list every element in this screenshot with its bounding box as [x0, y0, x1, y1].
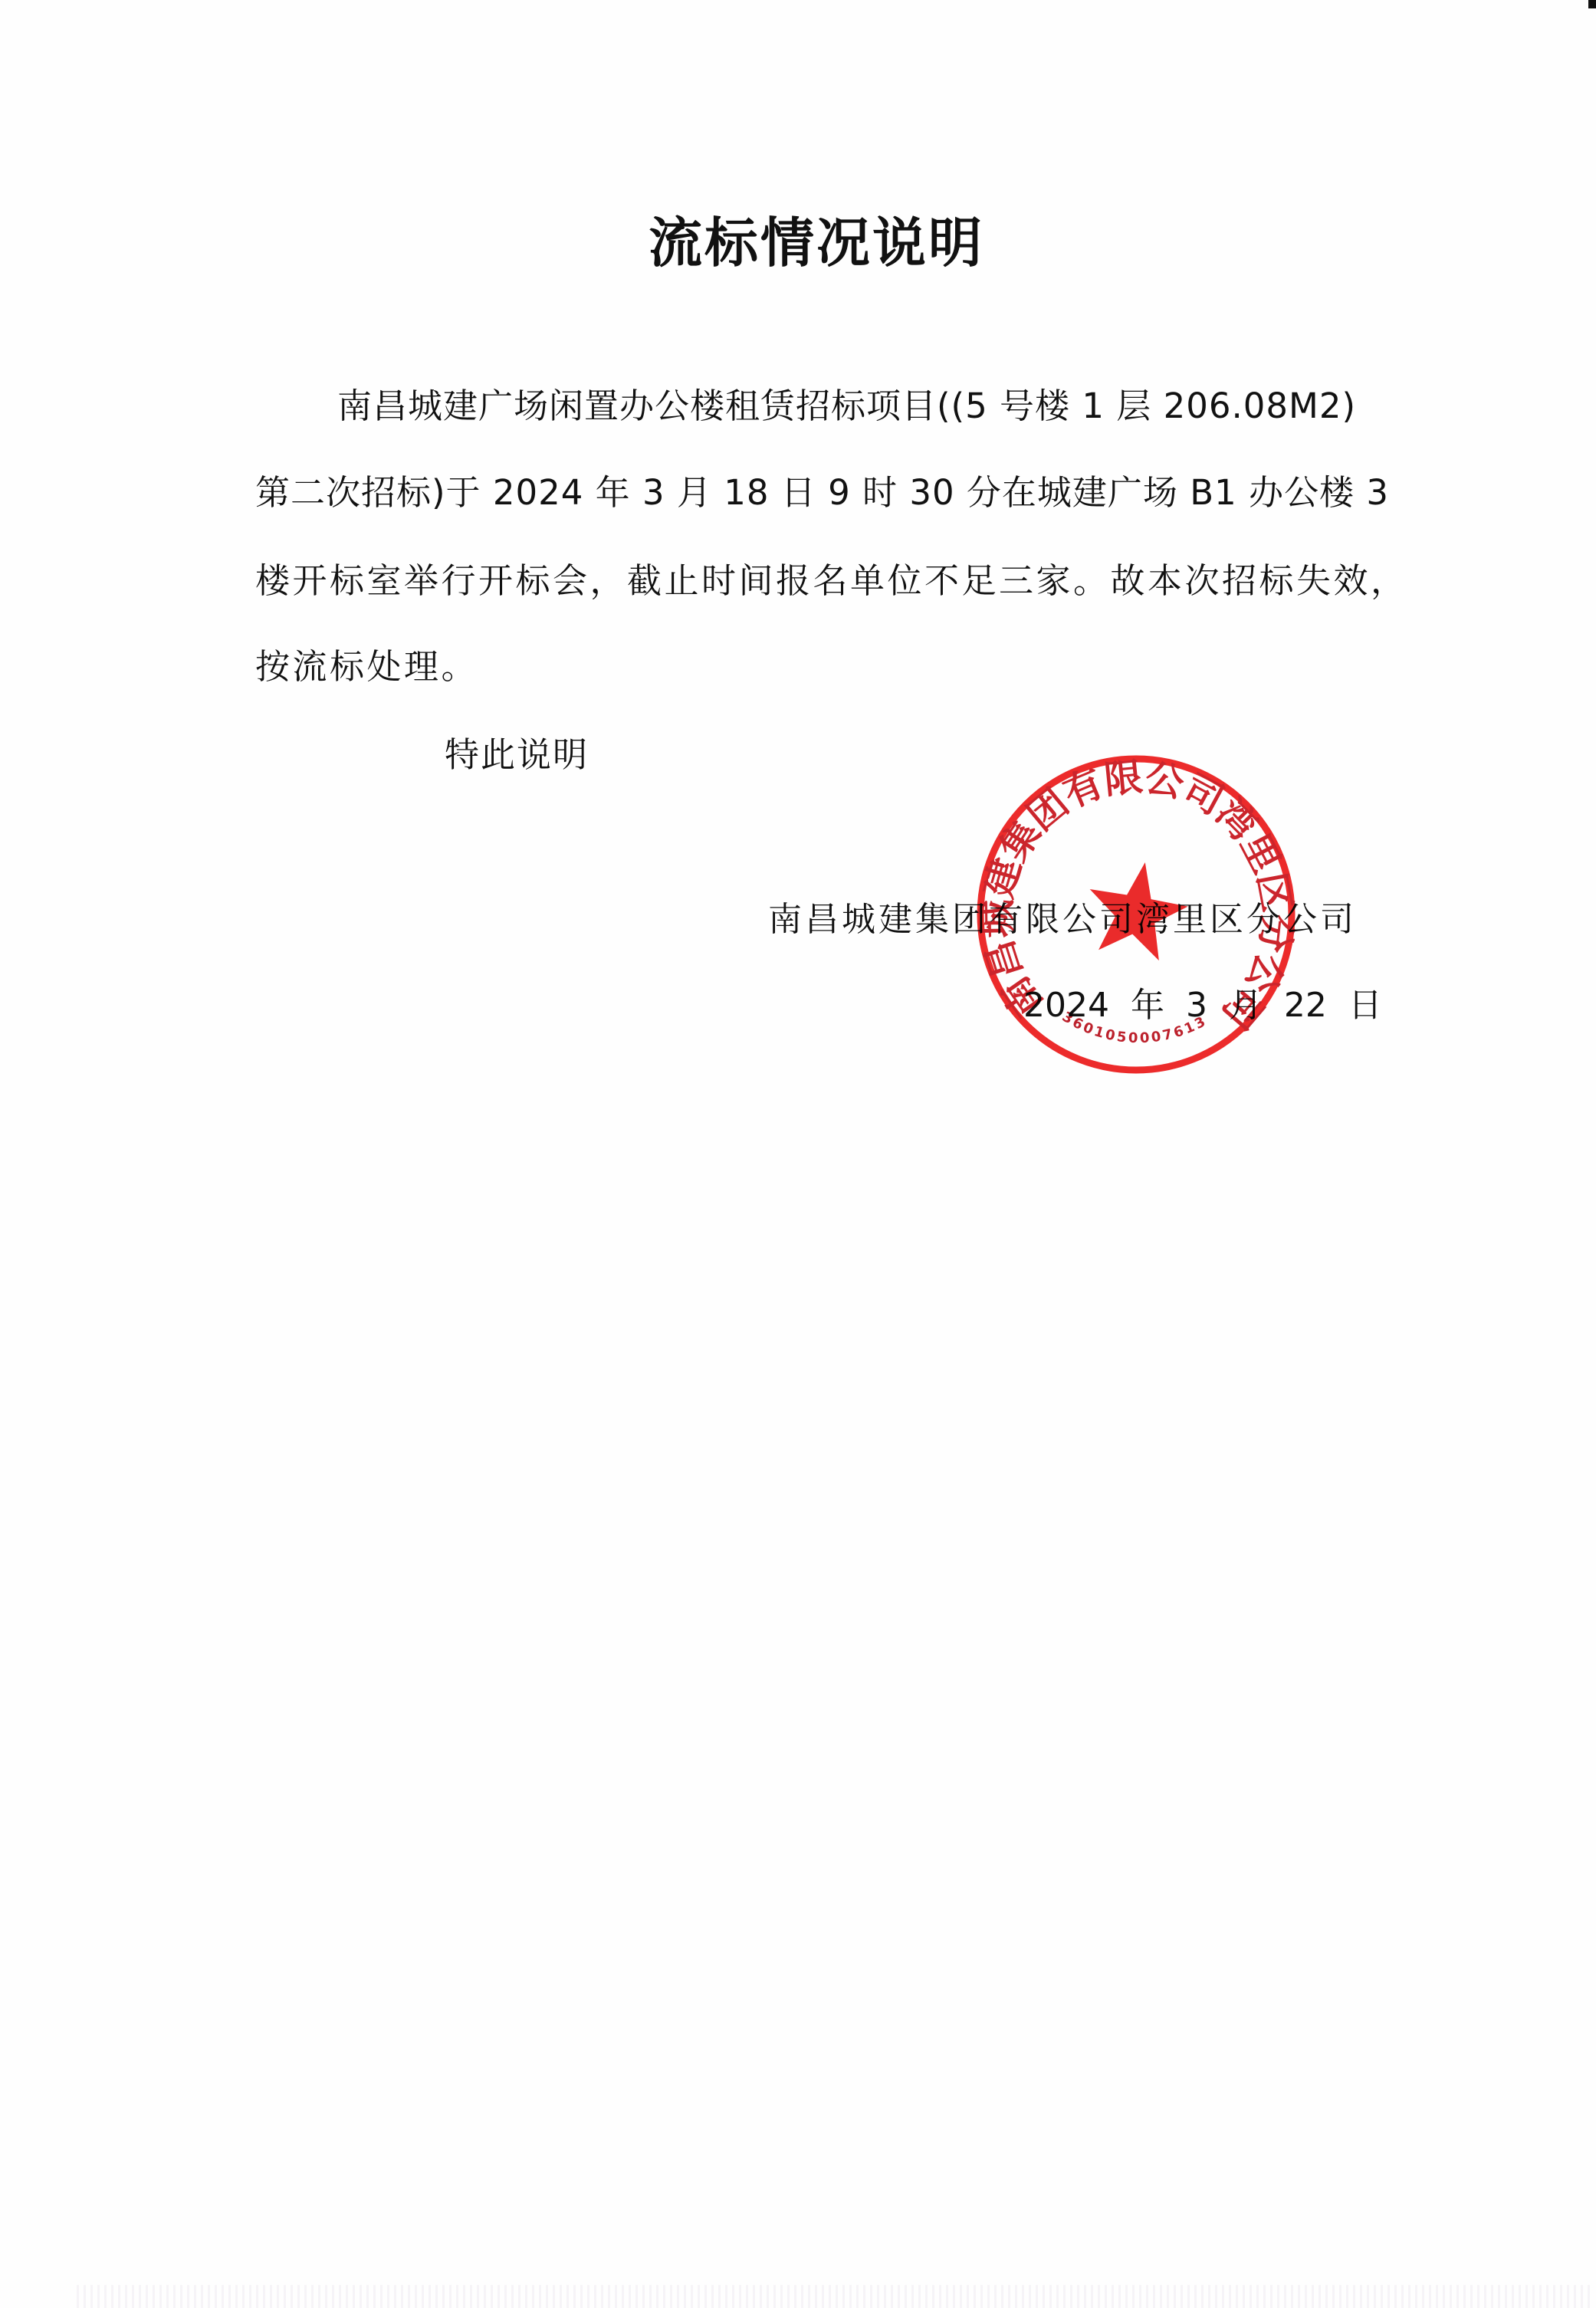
body-line-1: 南昌城建广场闲置办公楼租赁招标项目((5 号楼 1 层 206.08M2): [337, 383, 1356, 429]
body-line-2: 第二次招标)于 2024 年 3 月 18 日 9 时 30 分在城建广场 B1…: [255, 470, 1389, 516]
document-title: 流标情况说明: [0, 208, 1596, 277]
seal-code: 3601050007613: [1059, 1009, 1210, 1046]
closing-remark: 特此说明: [445, 732, 589, 778]
scan-corner-mark: [1588, 0, 1596, 8]
star-icon: [1079, 854, 1194, 964]
body-line-3: 楼开标室举行开标会，截止时间报名单位不足三家。故本次招标失效，: [255, 558, 1408, 604]
official-seal: 南昌城建集团有限公司湾里区分公司 3601050007613: [972, 751, 1302, 1081]
document-page: 流标情况说明 南昌城建广场闲置办公楼租赁招标项目((5 号楼 1 层 206.0…: [0, 0, 1596, 2308]
scan-noise-strip: [77, 2285, 1594, 2308]
body-line-4: 按流标处理。: [255, 644, 478, 690]
